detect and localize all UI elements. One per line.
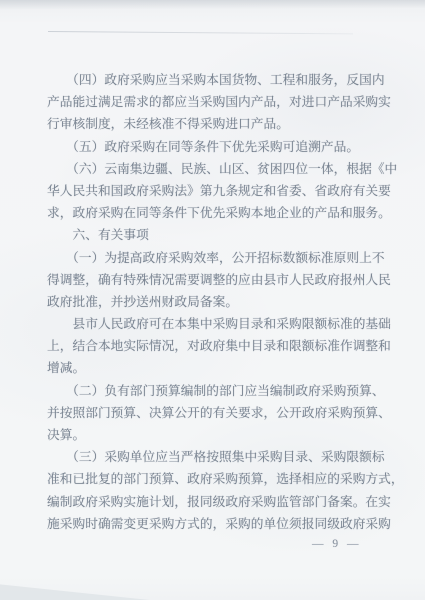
document-body-text: （四）政府采购应当采购本国货物、工程和服务，反国内 产品能过满足需求的都应当采购… (47, 69, 407, 535)
text-line: 得调整，确有特殊情况需要调整的应由县市人民政府报州人民 (47, 269, 407, 291)
text-line: 编制政府采购实施计划，报同级政府采购监管部门备案。在实 (47, 491, 407, 513)
text-line: 决算。 (47, 424, 407, 446)
text-line: 产品能过满足需求的都应当采购国内产品，对进口产品采购实 (47, 91, 407, 113)
page-number: — 9 — (312, 538, 362, 550)
text-line: 上，结合本地实际情况，对政府集中目录和限额标准作调整和 (47, 335, 407, 357)
text-line: （四）政府采购应当采购本国货物、工程和服务，反国内 (47, 69, 407, 91)
faint-top-rule (48, 31, 353, 34)
text-line: 施采购时确需变更采购方式的，采购的单位须报同级政府采购 (47, 513, 407, 535)
text-line: （二）负有部门预算编制的部门应当编制政府采购预算、 (47, 380, 407, 402)
text-line: 增减。 (47, 357, 407, 379)
text-line: （一）为提高政府采购效率，公开招标数额标准原则上不 (47, 247, 407, 269)
text-line: （三）采购单位应当严格按照集中采购目录、采购限额标 (47, 446, 407, 468)
text-line: （六）云南集边疆、民族、山区、贫困四位一体，根据《中 (47, 158, 407, 180)
text-line: 县市人民政府可在本集中采购目录和采购限额标准的基础 (47, 313, 407, 335)
text-line: （五）政府采购在同等条件下优先采购可追溯产品。 (47, 136, 407, 158)
page-corner-shadow (0, 576, 150, 600)
text-line: 准和已批复的部门预算、政府采购预算，选择相应的采购方式， (47, 468, 407, 490)
text-line: 华人民共和国政府采购法》第九条规定和省委、省政府有关要 (47, 180, 407, 202)
scanner-edge-shadow (0, 0, 425, 10)
scanned-page: （四）政府采购应当采购本国货物、工程和服务，反国内 产品能过满足需求的都应当采购… (0, 0, 425, 600)
text-line: 求，政府采购在同等条件下优先采购本地企业的产品和服务。 (47, 202, 407, 224)
text-line: 政府批准，并抄送州财政局备案。 (47, 291, 407, 313)
section-heading-line: 六、有关事项 (47, 224, 407, 246)
text-line: 并按照部门预算、决算公开的有关要求，公开政府采购预算、 (47, 402, 407, 424)
text-line: 行审核制度，未经核准不得采购进口产品。 (47, 113, 407, 135)
